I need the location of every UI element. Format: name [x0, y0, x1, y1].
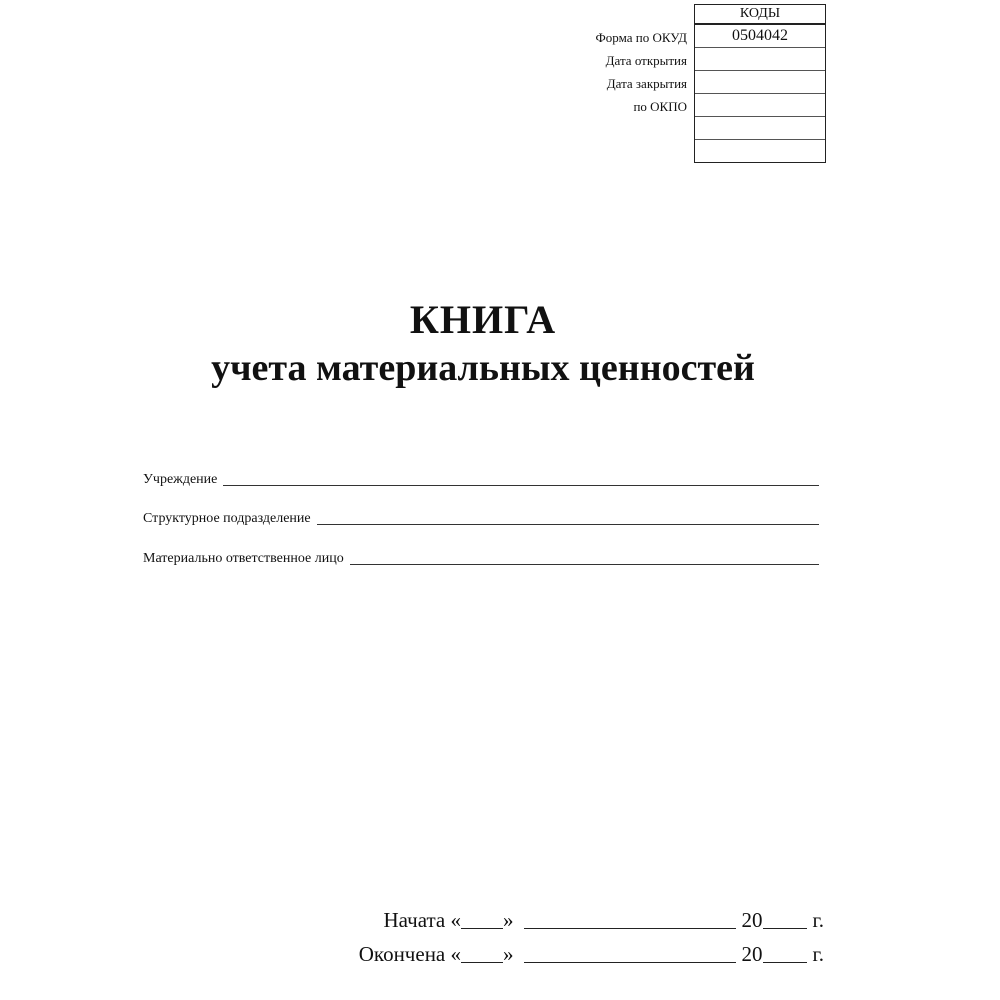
document-subtitle: учета материальных ценностей — [0, 346, 966, 390]
responsible-person-label: Материально ответственное лицо — [143, 551, 350, 567]
open-date-label: Дата открытия — [596, 49, 688, 72]
end-year-prefix: 20 — [742, 942, 763, 967]
end-month-blank[interactable] — [524, 961, 736, 963]
end-label: Окончена « — [359, 942, 461, 967]
okud-label: Форма по ОКУД — [596, 26, 688, 49]
responsible-person-field: Материально ответственное лицо — [143, 551, 819, 567]
responsible-person-input-line[interactable] — [350, 563, 819, 565]
codes-header: КОДЫ — [695, 5, 825, 25]
end-year-blank[interactable] — [763, 961, 807, 963]
start-date-row: Начата « » 20 г. — [384, 908, 825, 933]
department-field: Структурное подразделение — [143, 511, 819, 527]
okpo-cell[interactable] — [695, 94, 825, 117]
start-close-quote: » — [503, 908, 514, 933]
start-year-prefix: 20 — [742, 908, 763, 933]
end-date-row: Окончена « » 20 г. — [359, 942, 824, 967]
start-year-suffix: г. — [813, 908, 825, 933]
extra-code-cell-2[interactable] — [695, 140, 825, 162]
end-year-suffix: г. — [813, 942, 825, 967]
close-date-cell[interactable] — [695, 71, 825, 94]
institution-field: Учреждение — [143, 472, 819, 488]
department-label: Структурное подразделение — [143, 511, 317, 527]
institution-label: Учреждение — [143, 472, 223, 488]
close-date-label: Дата закрытия — [596, 72, 688, 95]
okpo-label: по ОКПО — [596, 95, 688, 118]
okud-code-cell[interactable]: 0504042 — [695, 25, 825, 48]
document-title: КНИГА — [0, 296, 966, 343]
end-close-quote: » — [503, 942, 514, 967]
start-day-blank[interactable] — [461, 927, 503, 929]
institution-input-line[interactable] — [223, 484, 819, 486]
extra-code-cell-1[interactable] — [695, 117, 825, 140]
start-year-blank[interactable] — [763, 927, 807, 929]
start-month-blank[interactable] — [524, 927, 736, 929]
end-day-blank[interactable] — [461, 961, 503, 963]
codes-labels: Форма по ОКУД Дата открытия Дата закрыти… — [596, 26, 688, 118]
open-date-cell[interactable] — [695, 48, 825, 71]
codes-table: КОДЫ 0504042 — [694, 4, 826, 163]
start-label: Начата « — [384, 908, 462, 933]
department-input-line[interactable] — [317, 523, 819, 525]
